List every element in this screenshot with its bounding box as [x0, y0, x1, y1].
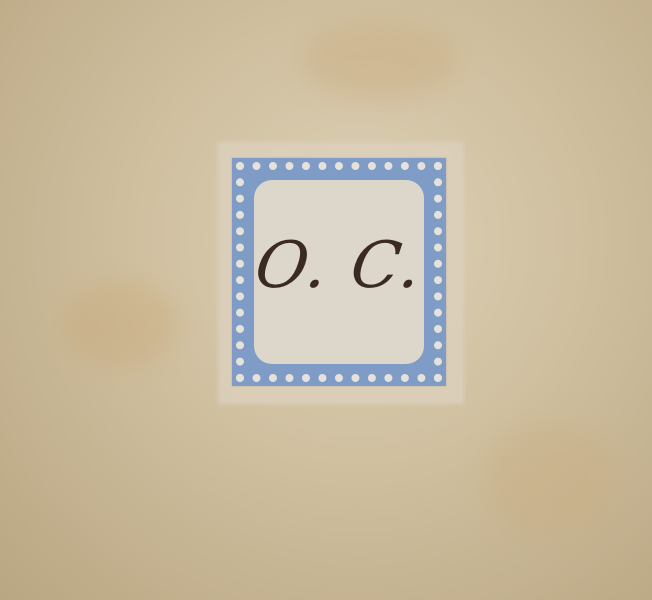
stain — [480, 420, 620, 540]
handwritten-initials: O. C. — [251, 229, 428, 303]
stain — [300, 20, 460, 100]
label-inner-panel: O. C. — [254, 180, 424, 364]
bookplate-label: O. C. — [232, 158, 446, 386]
stain — [60, 280, 180, 370]
